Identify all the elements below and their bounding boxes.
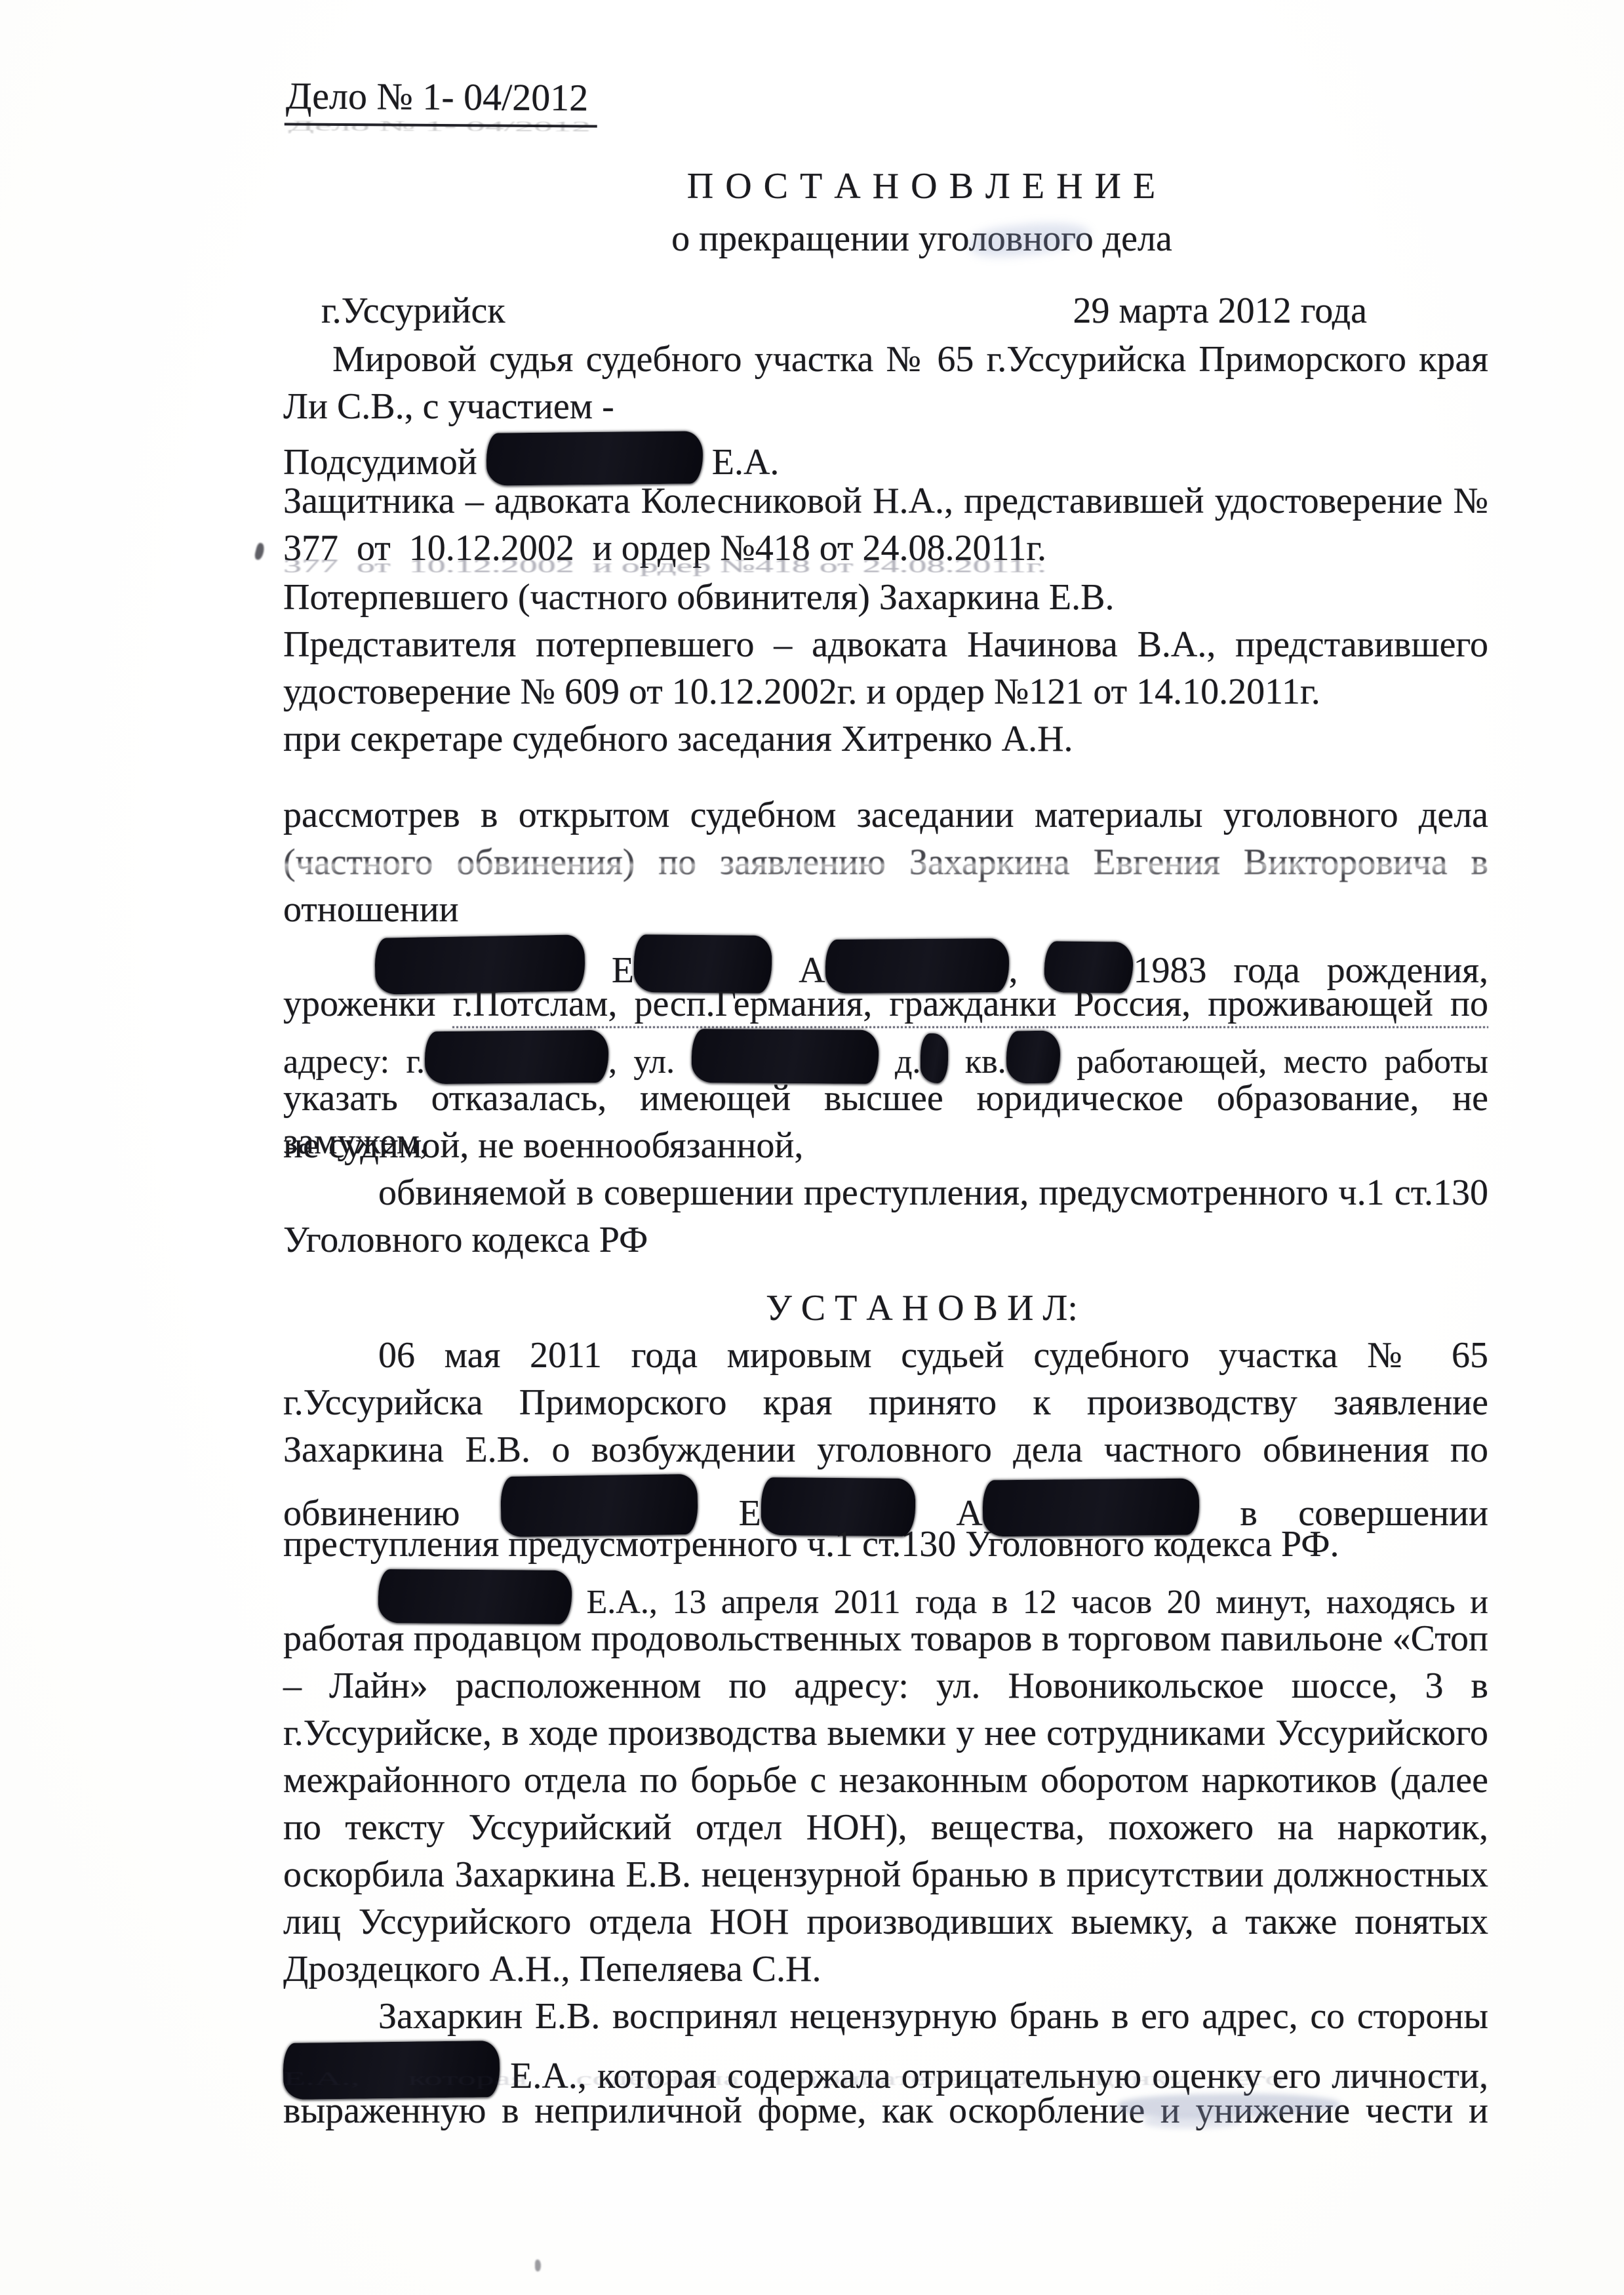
text-segment: 06 мая 2011 года мировым судьей судебног… [378,1335,1488,1376]
doc-line: Защитника – адвоката Колесниковой Н.А., … [283,479,1488,523]
redaction-bar [921,1033,948,1083]
text-segment: Защитника – адвоката Колесниковой Н.А., … [283,481,1488,521]
doc-line: – Лайн» расположенном по адресу: ул. Нов… [283,1664,1488,1707]
text-segment: по тексту Уссурийский отдел НОН), вещест… [283,1807,1488,1848]
text-segment: адресу: г. [283,1043,425,1081]
doc-line: межрайонного отдела по борьбе с незаконн… [283,1759,1488,1802]
doc-line: г.Уссурийска Приморского края принято к … [283,1381,1488,1424]
text-segment: удостоверение № 609 от 10.12.2002г. и ор… [283,671,1320,712]
doc-line: Ли С.В., с участием - [283,385,1488,428]
doc-line: работая продавцом продовольственных това… [283,1617,1488,1660]
doc-line: адресу: г., ул. д. кв. работающей, место… [283,1029,1488,1084]
margin-speck [254,542,266,561]
text-segment: Мировой судья судебного участка № 65 г.У… [332,339,1488,380]
doc-line: 06 мая 2011 года мировым судьей судебног… [283,1334,1488,1377]
doc-line: уроженки г.Потслам, респ.Германия, гражд… [283,982,1488,1026]
doc-line: Представителя потерпевшего – адвоката На… [283,623,1488,666]
doc-line: Потерпевшего (частного обвинителя) Захар… [283,576,1488,619]
doc-line: (частного обвинения) по заявлению Захарк… [283,841,1488,884]
doc-line: рассмотрев в открытом судебном заседании… [283,793,1488,837]
text-segment: д. [879,1043,921,1081]
scanned-court-document-page: Дело № 1- 04/2012 Дело № 1- 04/2012 П О … [0,0,1624,2295]
doc-line: по тексту Уссурийский отдел НОН), вещест… [283,1806,1488,1849]
text-segment: г.Уссурийска Приморского края принято к … [283,1382,1488,1423]
text-segment: межрайонного отдела по борьбе с незаконн… [283,1760,1488,1801]
doc-line: Подсудимой Е.А. [283,432,1488,485]
doc-line: 377 от 10.12.2002 и ордер №418 от 24.08.… [283,527,1488,570]
doc-line: оскорбила Захаркина Е.В. нецензурной бра… [283,1853,1488,1896]
text-segment: Захаркина Е.В. о возбуждении уголовного … [283,1429,1488,1470]
text-segment: г.Потслам, респ.Германия, гражданки Росс… [453,984,1488,1024]
doc-line: выраженную в неприличной форме, как оско… [283,2089,1488,2132]
redaction-bar [378,1569,572,1624]
text-segment: Е.А. [703,442,780,483]
doc-line: отношении [283,888,1488,931]
text-segment: Уголовного кодекса РФ [283,1220,648,1260]
redaction-bar [486,431,703,485]
text-segment: Ли С.В., с участием - [283,386,614,427]
doc-line: при секретаре судебного заседания Хитрен… [283,717,1488,761]
doc-line: лиц Уссурийского отдела НОН производивши… [283,1900,1488,1944]
document-body: Мировой судья судебного участка № 65 г.У… [283,0,1488,2295]
text-segment: преступления предусмотренного ч.1 ст.130… [283,1524,1339,1565]
doc-line: преступления предусмотренного ч.1 ст.130… [283,1523,1488,1566]
text-segment: выраженную в неприличной форме, как оско… [283,2090,1488,2131]
text-segment: отношении [283,889,459,930]
text-segment: Захаркин Е.В. воспринял нецензурную бран… [378,1996,1488,2037]
text-segment: работающей, место работы [1060,1043,1488,1081]
text-segment: Потерпевшего (частного обвинителя) Захар… [283,577,1115,618]
text-segment: Е.А., 13 апреля 2011 года в 12 часов 20 … [572,1584,1488,1621]
doc-line: обвиняемой в совершении преступления, пр… [283,1171,1488,1214]
doc-line: не судимой, не военнообязанной, [283,1124,1488,1167]
doc-line: Захаркин Е.В. воспринял нецензурную бран… [283,1995,1488,2038]
text-segment: при секретаре судебного заседания Хитрен… [283,719,1073,759]
doc-line: Уголовного кодекса РФ [283,1218,1488,1262]
text-segment: г.Уссурийске, в ходе производства выемки… [283,1713,1488,1753]
text-segment: рассмотрев в открытом судебном заседании… [283,795,1488,835]
doc-line: Захаркина Е.В. о возбуждении уголовного … [283,1428,1488,1471]
text-segment: Дроздецкого А.Н., Пепеляева С.Н. [283,1949,821,1989]
text-segment: – Лайн» расположенном по адресу: ул. Нов… [283,1666,1488,1706]
doc-line: У С Т А Н О В И Л: [283,1287,1488,1330]
text-segment: не судимой, не военнообязанной, [283,1125,803,1166]
text-segment: обвиняемой в совершении преступления, пр… [378,1172,1488,1213]
text-segment: работая продавцом продовольственных това… [283,1618,1488,1659]
redaction-bar [425,1030,609,1084]
doc-line: удостоверение № 609 от 10.12.2002г. и ор… [283,670,1488,713]
doc-line: г.Уссурийске, в ходе производства выемки… [283,1711,1488,1755]
text-segment: У С Т А Н О В И Л: [766,1288,1078,1328]
redaction-bar [1006,1030,1060,1083]
redaction-bar [691,1029,879,1084]
doc-line: Е.А., 13 апреля 2011 года в 12 часов 20 … [283,1570,1488,1624]
doc-line: Дроздецкого А.Н., Пепеляева С.Н. [283,1947,1488,1991]
text-segment: кв. [948,1043,1006,1081]
text-segment: , ул. [608,1043,692,1081]
doc-line: Мировой судья судебного участка № 65 г.У… [283,338,1488,381]
text-segment: (частного обвинения) по заявлению Захарк… [283,842,1488,883]
text-segment: 377 от 10.12.2002 и ордер №418 от 24.08.… [283,528,1046,569]
text-segment: уроженки [283,984,453,1024]
text-segment: оскорбила Захаркина Е.В. нецензурной бра… [283,1854,1488,1895]
text-segment: Представителя потерпевшего – адвоката На… [283,624,1488,665]
text-segment: лиц Уссурийского отдела НОН производивши… [283,1902,1488,1942]
text-segment: Подсудимой [283,442,486,483]
